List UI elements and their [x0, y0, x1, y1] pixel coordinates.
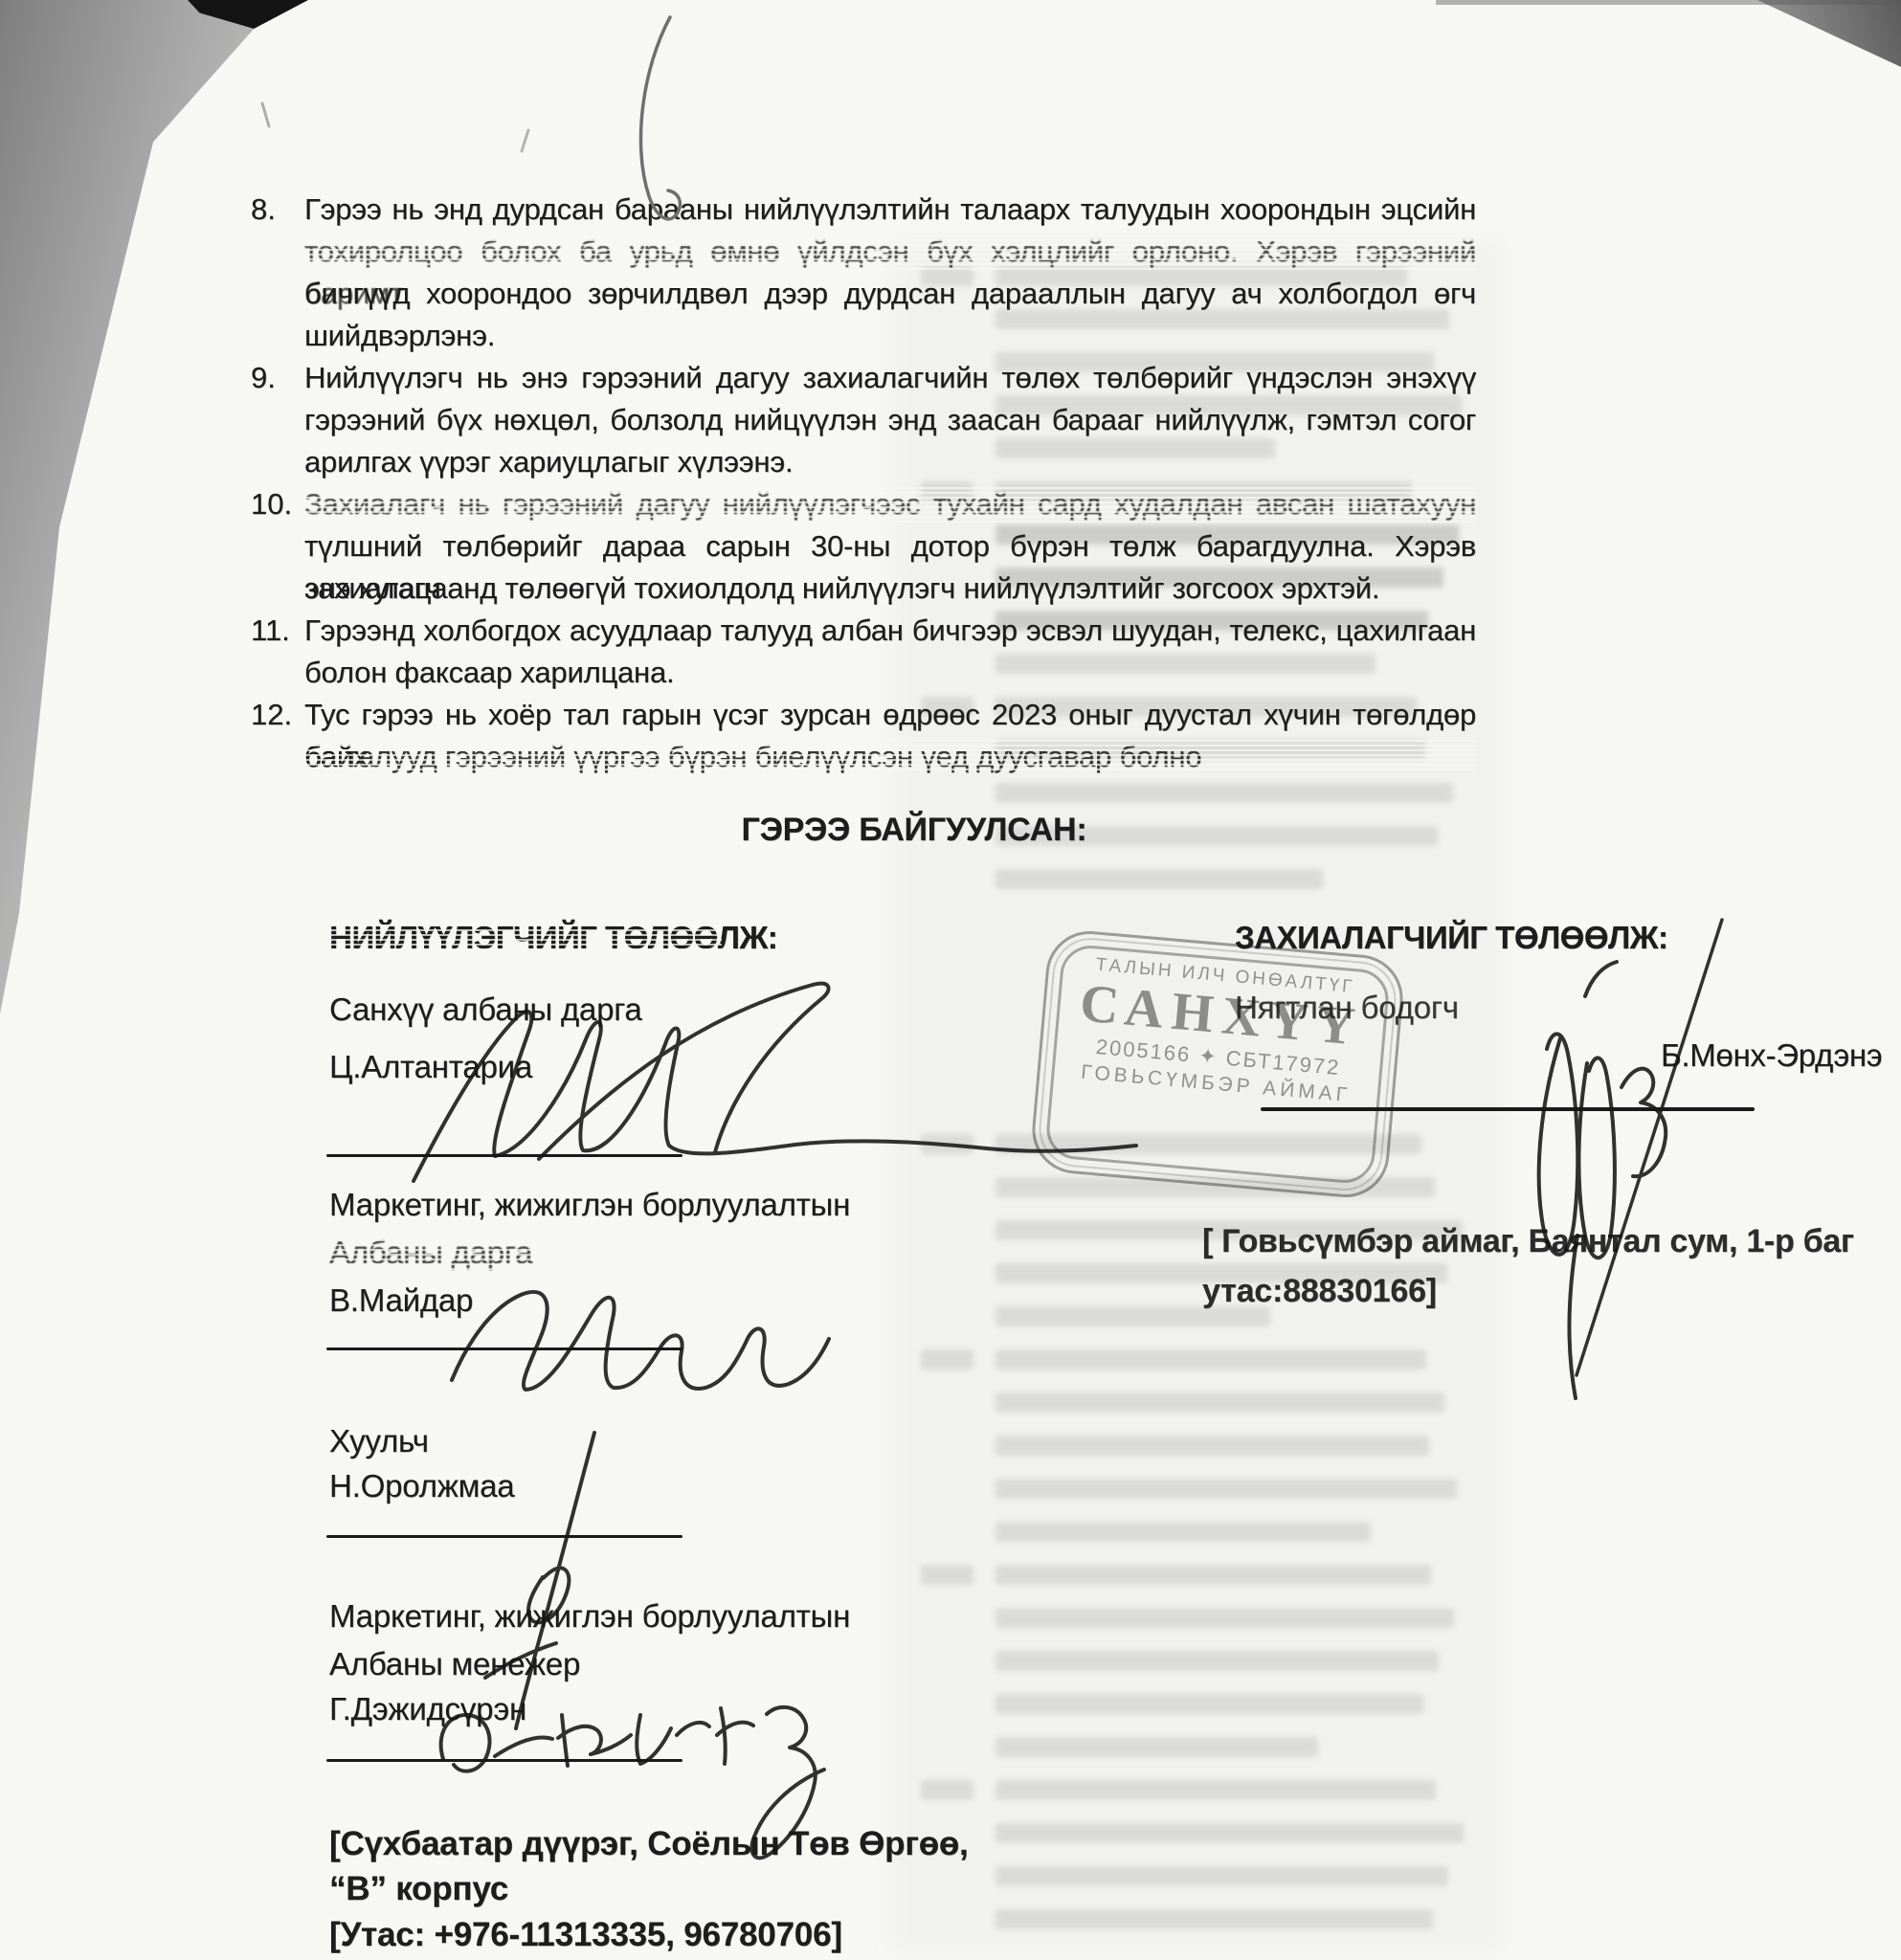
- clause-12-number: 12.: [251, 694, 292, 736]
- clause-8-line-1: Гэрээ нь энд дурдсан барааны нийлүүлэлти…: [304, 189, 1476, 231]
- supplier-signatory-2-name: В.Майдар: [329, 1282, 473, 1319]
- scanned-contract-page: 8. Гэрээ нь энд дурдсан барааны нийлүүлэ…: [0, 0, 1901, 1960]
- supplier-signatory-1-title: Санхүү албаны дарга: [329, 991, 642, 1028]
- signature-line-2: [326, 1347, 682, 1350]
- signature-line-3: [326, 1535, 682, 1538]
- supplier-signatory-3-title: Хуульч: [329, 1423, 429, 1459]
- supplier-heading: НИЙЛҮҮЛЭГЧИЙГ ТӨЛӨӨЛЖ:: [329, 920, 777, 956]
- clause-8-line-3: бичгүүд хоорондоо зөрчилдвөл дээр дурдса…: [304, 273, 1476, 315]
- signature-line-1: [326, 1154, 682, 1157]
- clause-8-line-4: шийдвэрлэнэ.: [304, 315, 1476, 357]
- supplier-signatory-1-name: Ц.Алтантариа: [329, 1049, 532, 1085]
- clause-11-line-1: Гэрээнд холбогдох асуудлаар талууд албан…: [304, 610, 1476, 652]
- clause-9-line-1: Нийлүүлэгч нь энэ гэрээний дагуу захиала…: [304, 357, 1476, 399]
- clause-10-line-3: энэ хугацаанд төлөөгүй тохиолдолд нийлүү…: [304, 568, 1476, 610]
- customer-address-line-1: [ Говьсүмбэр аймаг, Баянтал сум, 1-р баг: [1202, 1223, 1854, 1260]
- customer-heading: ЗАХИАЛАГЧИЙГ ТӨЛӨӨЛЖ:: [1235, 920, 1667, 956]
- clause-12-line-2: ба талууд гэрээний үүргээ бүрэн биелүүлс…: [304, 736, 1476, 778]
- supplier-signatory-3-name: Н.Оролжмаа: [329, 1468, 514, 1504]
- clause-8-number: 8.: [251, 189, 276, 231]
- clause-9-line-3: арилгах үүрэг хариуцлагыг хүлээнэ.: [304, 441, 1476, 483]
- signature-line-4: [326, 1759, 682, 1762]
- supplier-address-line-1: [Сүхбаатар дүүрэг, Соёлын Төв Өргөө,: [329, 1825, 969, 1863]
- clause-10-line-1: Захиалагч нь гэрээний дагуу нийлүүлэгчээ…: [304, 483, 1476, 525]
- signature-line-5: [1261, 1107, 1755, 1111]
- customer-signatory-name: Б.Мөнх-Эрдэнэ: [1661, 1037, 1882, 1074]
- customer-address-line-2: утас:88830166]: [1202, 1273, 1437, 1310]
- supplier-signatory-2-title-1: Маркетинг, жижиглэн борлуулалтын: [329, 1187, 850, 1223]
- clause-9-line-2: гэрээний бүх нөхцөл, болзолд нийцүүлэн э…: [304, 399, 1476, 441]
- supplier-signatory-4-title-2: Албаны менежер: [329, 1646, 580, 1682]
- supplier-signatory-2-title-2: Албаны дарга: [329, 1235, 532, 1271]
- supplier-address-line-2: “В” корпус: [329, 1870, 508, 1908]
- customer-signatory-title: Нягтлан бодогч: [1235, 990, 1459, 1026]
- supplier-signatory-4-name: Г.Дэжидсүрэн: [329, 1691, 526, 1727]
- clause-9-number: 9.: [251, 357, 276, 399]
- clause-list: 8. Гэрээ нь энд дурдсан барааны нийлүүлэ…: [251, 189, 1486, 801]
- supplier-signatory-4-title-1: Маркетинг, жижиглэн борлуулалтын: [329, 1598, 850, 1635]
- clause-10-number: 10.: [251, 483, 292, 525]
- clause-11-number: 11.: [251, 610, 290, 652]
- supplier-address-line-3: [Утас: +976-11313335, 96780706]: [329, 1916, 842, 1954]
- clause-11-line-2: болон факсаар харилцана.: [304, 652, 1476, 694]
- company-stamp: ТАЛЫН ИЛЧ ОНӨАЛТҮГ САНХҮҮ 2005166 ✦ СБТ1…: [1029, 927, 1407, 1201]
- section-heading: ГЭРЭЭ БАЙГУУЛСАН:: [0, 812, 1828, 849]
